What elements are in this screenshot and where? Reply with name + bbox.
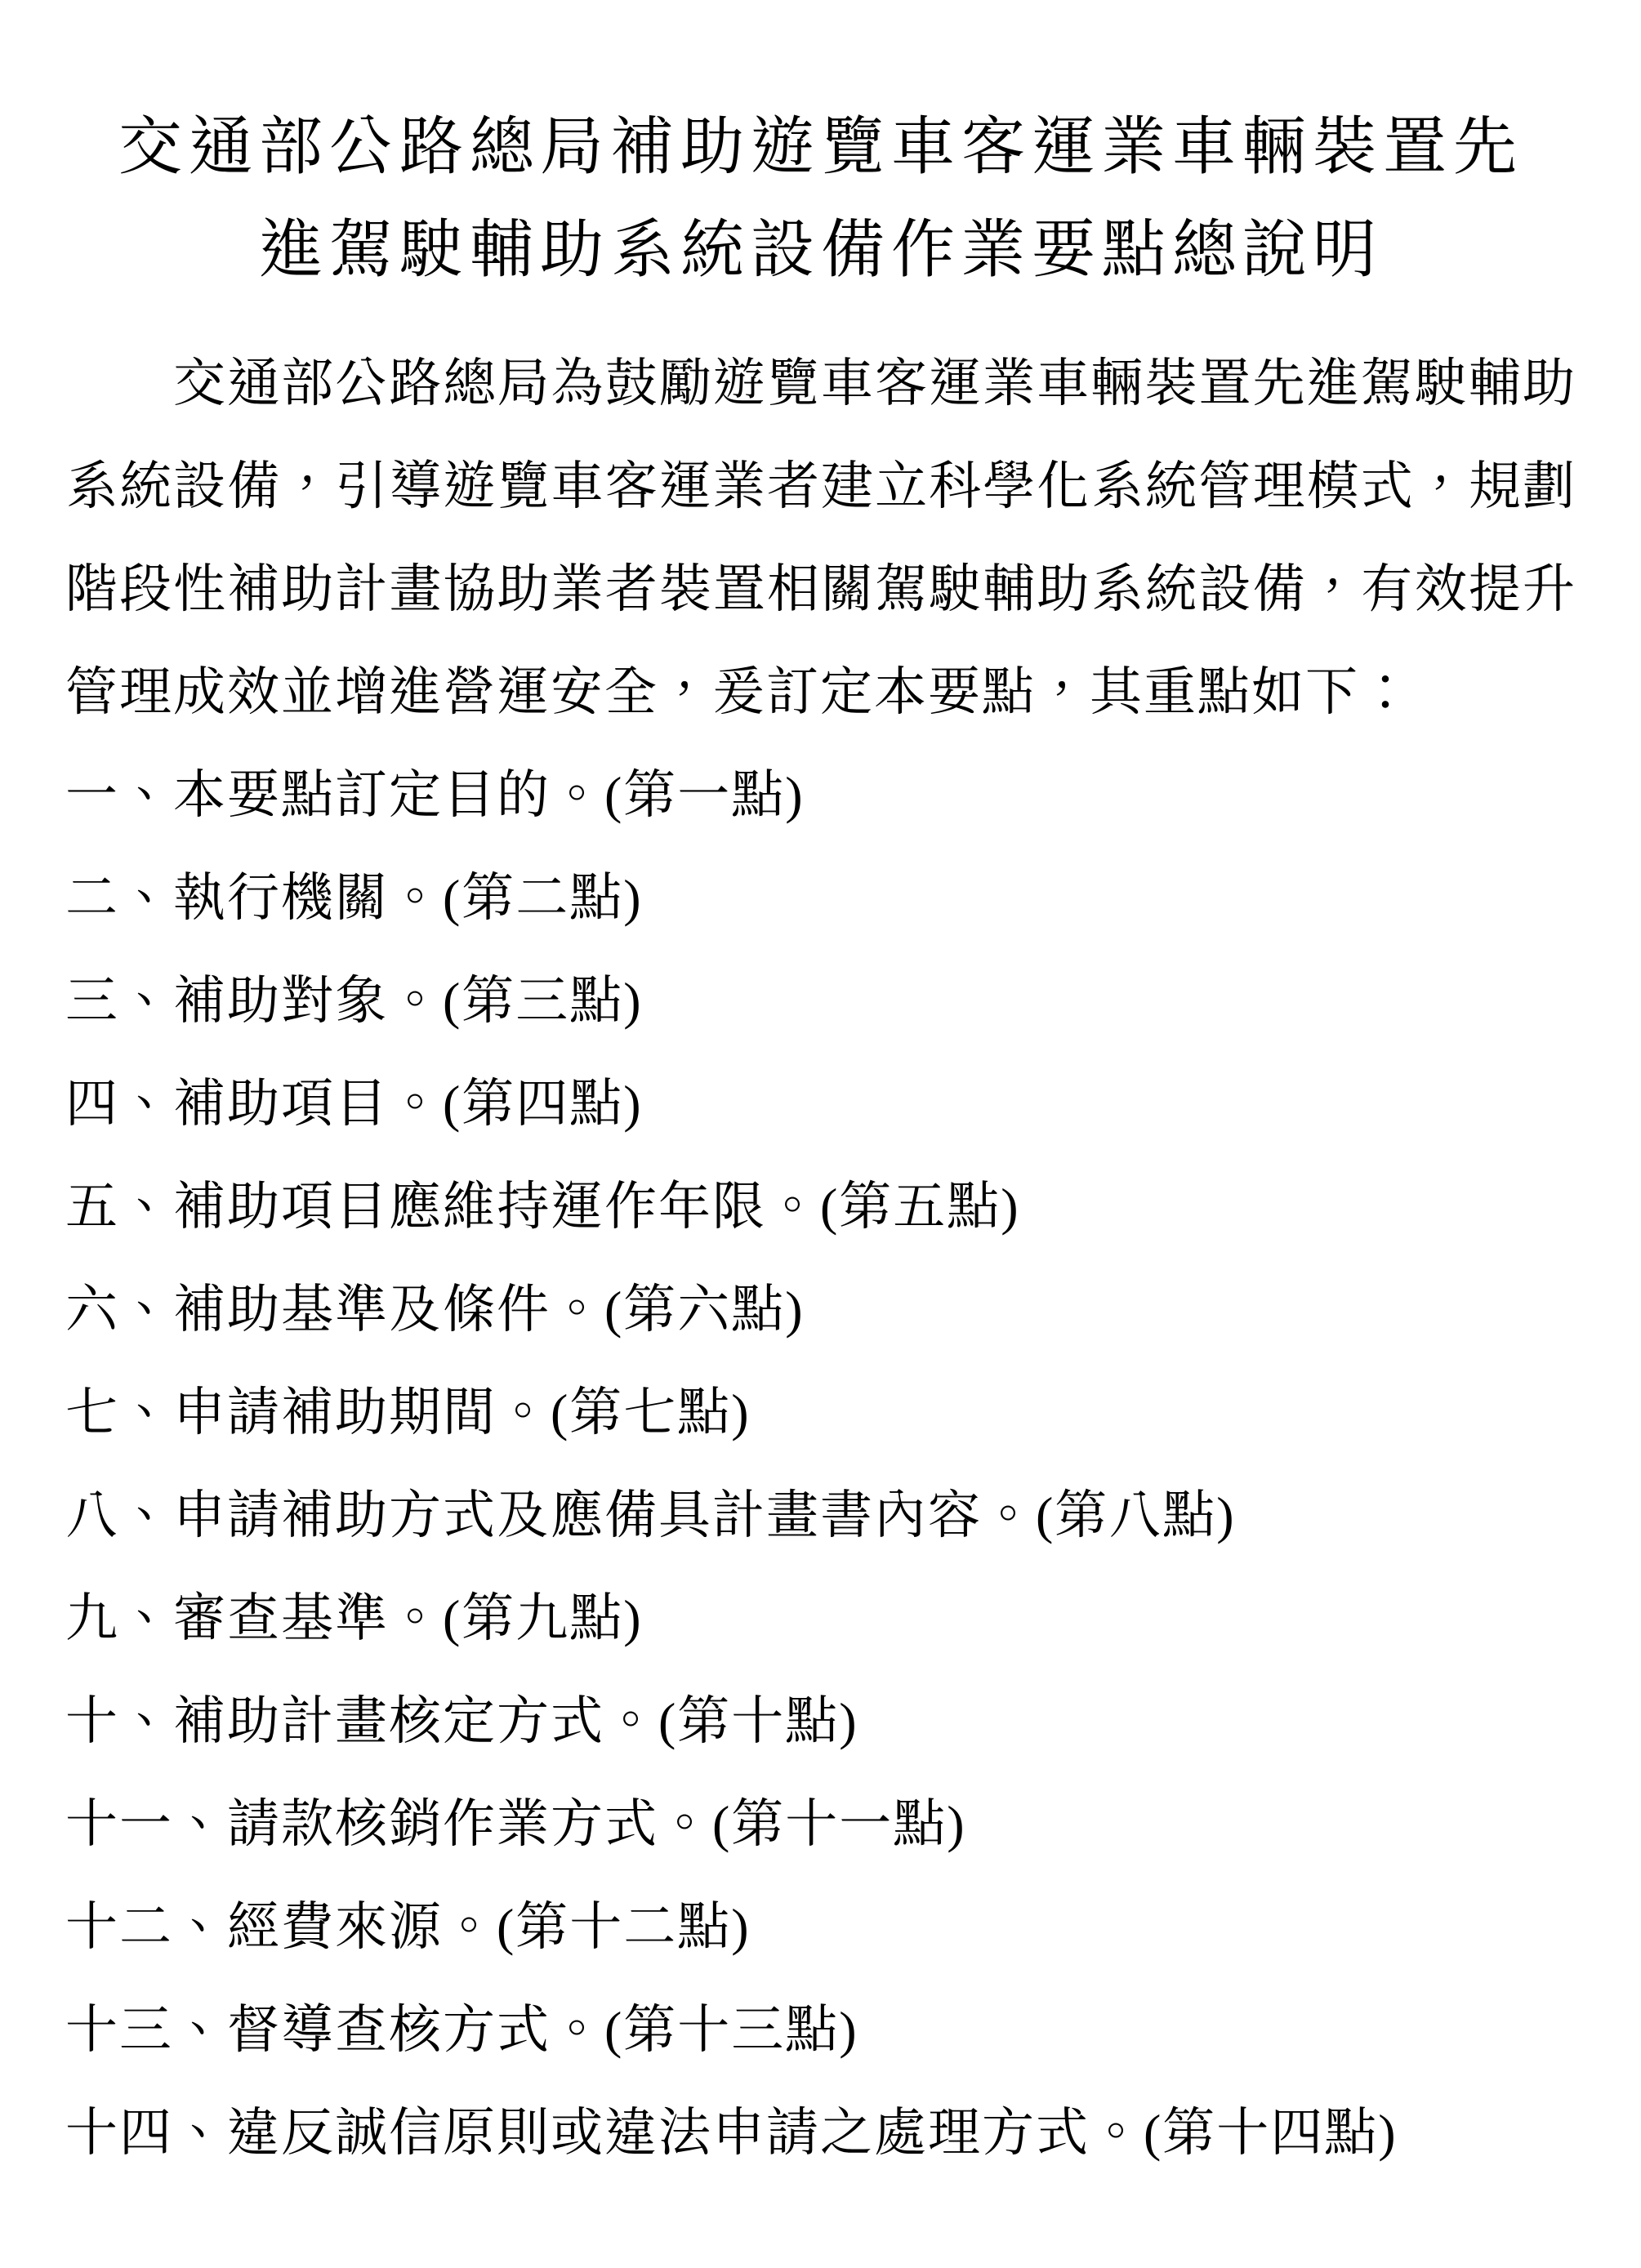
- document-title-line-2: 進駕駛輔助系統設備作業要點總說明: [65, 198, 1576, 301]
- outline-item-9: 九、審查基準。(第九點): [65, 1567, 1576, 1670]
- outline-item-13: 十三、督導查核方式。(第十三點): [65, 1979, 1576, 2082]
- intro-paragraph: 交通部公路總局為鼓勵遊覽車客運業車輛裝置先進駕駛輔助系統設備，引導遊覽車客運業者…: [65, 332, 1576, 744]
- outline-item-10: 十、補助計畫核定方式。(第十點): [65, 1670, 1576, 1773]
- outline-item-8: 八、申請補助方式及應備具計畫書內容。(第八點): [65, 1464, 1576, 1567]
- outline-item-14: 十四、違反誠信原則或違法申請之處理方式。(第十四點): [65, 2082, 1576, 2185]
- outline-item-6: 六、補助基準及條件。(第六點): [65, 1259, 1576, 1361]
- outline-item-2: 二、執行機關。(第二點): [65, 847, 1576, 950]
- outline-item-1: 一、本要點訂定目的。(第一點): [65, 744, 1576, 847]
- outline-item-11: 十一、請款核銷作業方式。(第十一點): [65, 1773, 1576, 1876]
- document-title-line-1: 交通部公路總局補助遊覽車客運業車輛裝置先: [65, 96, 1576, 198]
- outline-item-7: 七、申請補助期間。(第七點): [65, 1361, 1576, 1464]
- outline-item-5: 五、補助項目應維持運作年限。(第五點): [65, 1156, 1576, 1259]
- outline-item-3: 三、補助對象。(第三點): [65, 950, 1576, 1053]
- document-page: 交通部公路總局補助遊覽車客運業車輛裝置先 進駕駛輔助系統設備作業要點總說明 交通…: [0, 0, 1641, 2268]
- outline-list: 一、本要點訂定目的。(第一點) 二、執行機關。(第二點) 三、補助對象。(第三點…: [65, 744, 1576, 2185]
- outline-item-12: 十二、經費來源。(第十二點): [65, 1876, 1576, 1979]
- document-title: 交通部公路總局補助遊覽車客運業車輛裝置先 進駕駛輔助系統設備作業要點總說明: [65, 96, 1576, 301]
- outline-item-4: 四、補助項目。(第四點): [65, 1053, 1576, 1156]
